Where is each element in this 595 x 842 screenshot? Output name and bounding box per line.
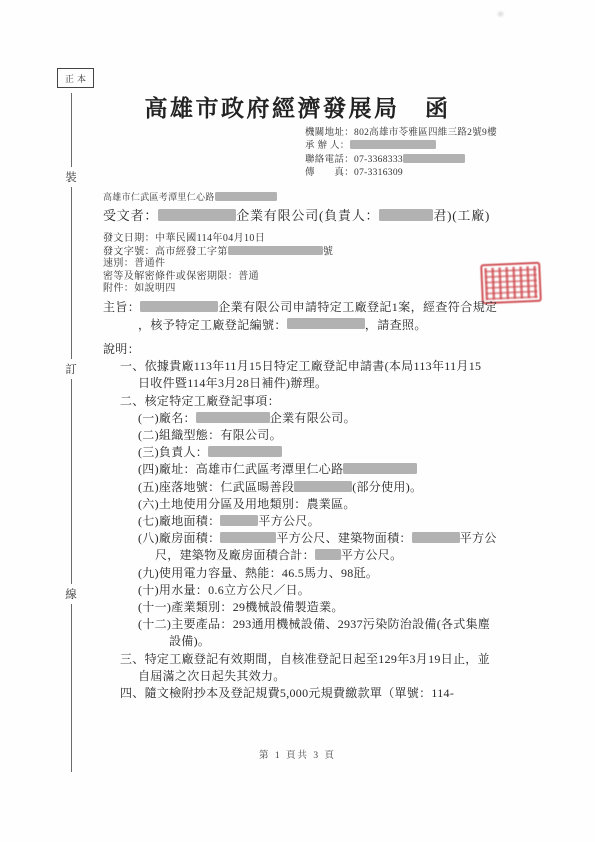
subject-line1-text: 企業有限公司申請特定工廠登記1案，經查符合規定 (218, 300, 497, 314)
subitem-7-suffix: 平方公尺。 (258, 514, 320, 528)
section-explanation-label: 說明： (103, 341, 497, 358)
subitem-11-industry-category: (十一)產業類別：29機械設備製造業。 (138, 599, 497, 616)
explanation-block: 說明： 一、依據貴廠113年11月15日特定工廠登記申請書(本局113年11月1… (103, 341, 497, 702)
dispatch-number-prefix: 發文字號：高市經發工字第 (103, 246, 228, 257)
redacted-registration-number (287, 318, 365, 329)
agency-address-row: 機關地址：802高雄市苓雅區四維三路2號9樓 (305, 127, 497, 140)
redacted-total-area (315, 549, 341, 560)
item-1-line-1: 一、依據貴廠113年11月15日特定工廠登記申請書(本局113年11月15 (120, 358, 497, 375)
dispatch-attachment: 附件：如說明四 (103, 283, 333, 296)
redacted-company-name (140, 301, 218, 312)
recipient-block: 高雄市仁武區考潭里仁心路 受文者：企業有限公司(負責人：君)(工廠) (103, 190, 490, 224)
subitem-4-prefix: (四)廠址：高雄市仁武區考潭里仁心路 (138, 462, 343, 476)
subitem-12-main-products-line-1: (十二)主要產品：293通用機械設備、2937污染防治設備(各式集塵 (138, 616, 497, 633)
redacted-company-name (158, 209, 236, 221)
item-1-line-2: 日收件暨114年3月28日補件)辦理。 (138, 375, 497, 392)
document-page: 正本 裝 訂 線 高雄市政府經濟發展局 函 機關地址：802高雄市苓雅區四維三路… (0, 0, 595, 842)
subitem-8-building-area-line-1: (八)廠房面積：平方公尺、建築物面積：平方公 (138, 530, 497, 547)
redacted-land-area (220, 515, 258, 526)
subject-line-2: ，核予特定工廠登記編號：，請查照。 (138, 317, 497, 335)
item-2: 二、核定特定工廠登記事項： (120, 393, 497, 410)
redacted-phone-ext (403, 154, 465, 163)
binding-char-xian: 線 (63, 584, 79, 604)
dispatch-number-suffix: 號 (323, 246, 333, 257)
agency-contact-label: 承 辦 人： (305, 141, 350, 151)
subitem-3-prefix: (三)負責人： (138, 445, 208, 459)
subject-line-1: 主旨：企業有限公司申請特定工廠登記1案，經查符合規定 (103, 299, 497, 317)
redacted-recipient-address-number (215, 192, 277, 200)
subitem-2-organization: (二)組織型態：有限公司。 (138, 427, 497, 444)
recipient-address-line: 高雄市仁武區考潭里仁心路 (103, 190, 490, 203)
item-3-line-1: 三、特定工廠登記有效期間，自核准登記日起至129年3月19日止，並 (120, 651, 497, 668)
subitem-8-prefix: (八)廠房面積： (138, 531, 220, 545)
agency-phone-row: 聯絡電話：07-3368333 (305, 154, 497, 167)
agency-address-value: 802高雄市苓雅區四維三路2號9樓 (354, 128, 497, 138)
binding-char-ding: 訂 (63, 359, 79, 379)
page-number: 第 1 頁共 3 頁 (0, 747, 595, 761)
redacted-owner-name (379, 209, 433, 221)
recipient-owner-suffix: 君)(工廠) (433, 208, 490, 223)
subitem-5-prefix: (五)座落地號：仁武區暘善段 (138, 480, 294, 494)
subject-line2-prefix: ，核予特定工廠登記編號： (138, 318, 287, 332)
subject-label: 主旨： (103, 300, 140, 314)
dispatch-security: 密等及解密條件或保密期限：普通 (103, 271, 333, 284)
subitem-9-power-capacity: (九)使用電力容量、熱能：46.5馬力、98瓩。 (138, 565, 497, 582)
item-4: 四、隨文檢附抄本及登記規費5,000元規費繳款單（單號：114- (120, 685, 497, 702)
subitem-12-main-products-line-2: 設備)。 (169, 633, 497, 650)
subitem-7-prefix: (七)廠地面積： (138, 514, 220, 528)
subitem-6-land-zoning: (六)土地使用分區及用地類別：農業區。 (138, 496, 497, 513)
binding-char-zhuang: 裝 (63, 167, 79, 187)
subject-line2-suffix: ，請查照。 (365, 318, 427, 332)
item-3-line-2: 自屆滿之次日起失其效力。 (138, 668, 497, 685)
redacted-factory-building-area (220, 532, 276, 543)
dispatch-date: 發文日期：中華民國114年04月10日 (103, 233, 333, 246)
agency-fax-row: 傳 真：07-3316309 (305, 167, 497, 180)
copy-type-box: 正本 (57, 68, 94, 88)
subitem-5-suffix: (部分使用)。 (352, 480, 422, 494)
agency-address-label: 機關地址： (305, 128, 354, 138)
subitem-5-land-parcel: (五)座落地號：仁武區暘善段(部分使用)。 (138, 479, 497, 496)
redacted-parcel-number (294, 481, 352, 492)
subitem-7-land-area: (七)廠地面積：平方公尺。 (138, 513, 497, 530)
redacted-contact-person (350, 140, 436, 149)
redacted-dispatch-number (228, 246, 323, 255)
official-seal-glyphs (484, 266, 537, 300)
subitem-8-building-area-line-2: 尺，建築物及廠房面積合計：平方公尺。 (155, 547, 497, 564)
official-seal-stamp (480, 262, 542, 305)
agency-info-block: 機關地址：802高雄市苓雅區四維三路2號9樓 承 辦 人： 聯絡電話：07-33… (305, 127, 497, 181)
redacted-factory-address-number (343, 463, 417, 474)
scan-artifact (498, 12, 503, 16)
redacted-owner-name (208, 446, 282, 457)
recipient-address-text: 高雄市仁武區考潭里仁心路 (103, 192, 215, 202)
recipient-label: 受文者： (103, 208, 158, 223)
agency-fax-value: 07-3316309 (354, 168, 403, 178)
subitem-3-owner: (三)負責人： (138, 444, 497, 461)
copy-type-label: 正本 (65, 72, 89, 85)
subitem-1-factory-name: (一)廠名：企業有限公司。 (138, 410, 497, 427)
dispatch-number: 發文字號：高市經發工字第號 (103, 246, 333, 259)
subitem-8-line2-prefix: 尺，建築物及廠房面積合計： (155, 548, 315, 562)
agency-contact-row: 承 辦 人： (305, 140, 497, 153)
recipient-company-suffix: 企業有限公司(負責人： (236, 208, 379, 223)
agency-phone-label: 聯絡電話： (305, 155, 354, 165)
subitem-1-suffix: 企業有限公司。 (270, 411, 356, 425)
redacted-factory-name (196, 412, 270, 423)
redacted-structure-area (412, 532, 460, 543)
agency-phone-value: 07-3368333 (354, 155, 403, 165)
binding-line (71, 93, 72, 772)
dispatch-meta-block: 發文日期：中華民國114年04月10日 發文字號：高市經發工字第號 速別：普通件… (103, 233, 333, 296)
subitem-8-mid: 平方公尺、建築物面積： (276, 531, 411, 545)
agency-fax-label: 傳 真： (305, 168, 354, 178)
recipient-main-line: 受文者：企業有限公司(負責人：君)(工廠) (103, 205, 490, 224)
subitem-1-prefix: (一)廠名： (138, 411, 196, 425)
dispatch-speed: 速別：普通件 (103, 258, 333, 271)
document-title: 高雄市政府經濟發展局 函 (0, 90, 595, 123)
subject-block: 主旨：企業有限公司申請特定工廠登記1案，經查符合規定 ，核予特定工廠登記編號：，… (103, 299, 497, 334)
subitem-4-factory-address: (四)廠址：高雄市仁武區考潭里仁心路 (138, 461, 497, 478)
subitem-10-water-usage: (十)用水量：0.6立方公尺／日。 (138, 582, 497, 599)
subitem-8-suffix: 平方公 (460, 531, 497, 545)
subitem-8-line2-suffix: 平方公尺。 (341, 548, 403, 562)
